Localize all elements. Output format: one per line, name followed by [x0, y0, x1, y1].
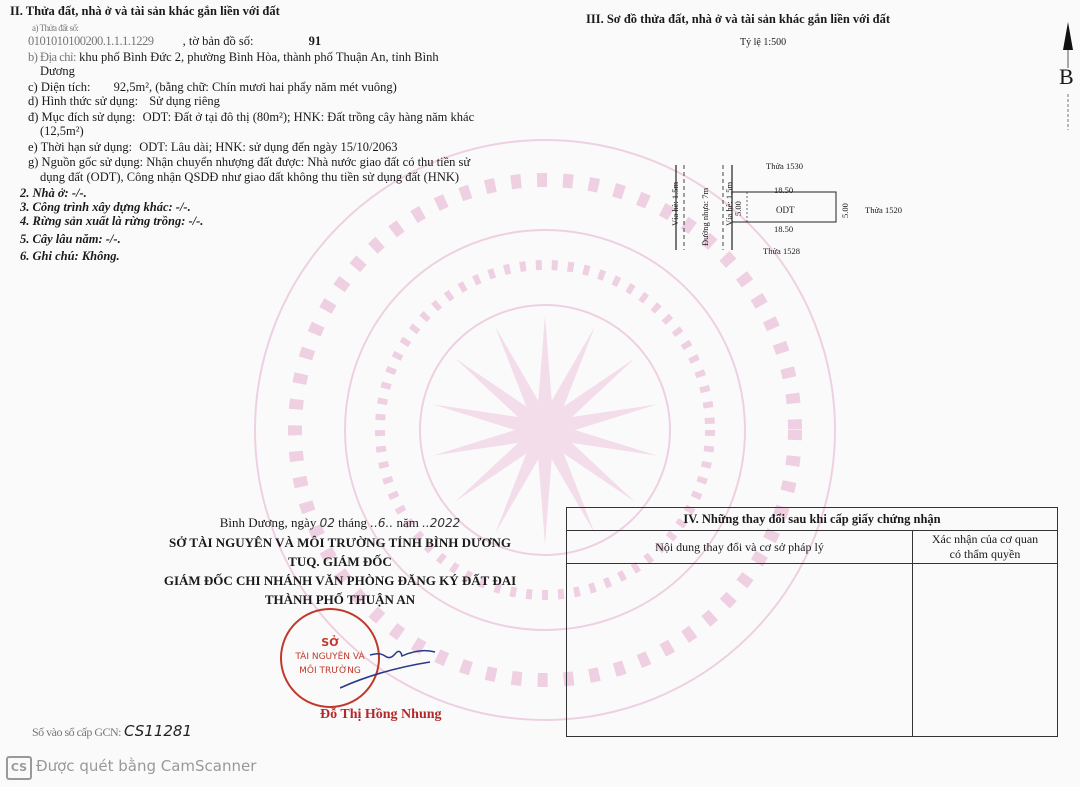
year-label: năm	[396, 515, 418, 530]
area-label: c) Diện tích:	[28, 80, 90, 94]
section-3-title: III. Sơ đồ thửa đất, nhà ở và tài sản kh…	[586, 12, 890, 27]
parcel-south-label: Thửa 1528	[763, 246, 800, 256]
term-value: ODT: Lâu dài; HNK: sử dụng đến ngày 15/1…	[139, 140, 397, 154]
origin-line: g) Nguồn gốc sử dụng: Nhận chuyển nhượng…	[28, 155, 470, 170]
left-width: 5.00	[733, 201, 743, 216]
changes-table: IV. Những thay đổi sau khi cấp giấy chứn…	[566, 507, 1058, 737]
land-code: ODT	[776, 205, 795, 215]
address-value: khu phố Bình Đức 2, phường Bình Hòa, thà…	[79, 50, 439, 64]
address-label: b) Địa chỉ:	[28, 50, 76, 64]
col2-line-1: Xác nhận của cơ quan	[932, 532, 1038, 546]
camscanner-caption: Được quét bằng CamScanner	[36, 757, 256, 775]
signer-name: Đỗ Thị Hồng Nhung	[320, 707, 442, 723]
signature-block: Bình Dương, ngày 02 tháng ..6.. năm ..20…	[140, 513, 540, 609]
col-change-content: Nội dung thay đổi và cơ sở pháp lý	[567, 531, 913, 564]
address-line: b) Địa chỉ: khu phố Bình Đức 2, phường B…	[28, 50, 439, 65]
origin-value: Nhận chuyển nhượng đất được: Nhà nước gi…	[146, 155, 470, 169]
item-house: 2. Nhà ở: -/-.	[20, 186, 87, 201]
origin-label: g) Nguồn gốc sử dụng:	[28, 155, 143, 169]
usage-form-line: d) Hình thức sử dụng: Sử dụng riêng	[28, 94, 220, 109]
road-label: Đường nhựa: 7m	[700, 188, 710, 246]
right-width: 5.00	[840, 203, 850, 218]
issuing-org: SỞ TÀI NGUYÊN VÀ MÔI TRƯỜNG TỈNH BÌNH DƯ…	[140, 533, 540, 552]
map-scale: Tỷ lệ 1:500	[740, 37, 786, 48]
item-notes: 6. Ghi chú: Không.	[20, 249, 120, 264]
area-line: c) Diện tích: 92,5m², (bằng chữ: Chín mư…	[28, 80, 397, 95]
item-production-forest: 4. Rừng sản xuất là rừng trồng: -/-.	[20, 214, 203, 229]
address-continued: Dương	[40, 64, 75, 79]
camscanner-logo-icon: CS	[6, 756, 32, 780]
item-other-construction: 3. Công trình xây dựng khác: -/-.	[20, 200, 191, 215]
map-sheet-number: 91	[309, 34, 322, 48]
confirmation-cell	[913, 564, 1058, 737]
date-day: 02	[320, 516, 335, 530]
purpose-line: đ) Mục đích sử dụng: ODT: Đất ở tại đô t…	[28, 110, 474, 125]
col2-line-2: có thẩm quyền	[950, 547, 1021, 561]
sidewalk-left-label: Vỉa hè: 1.5m	[670, 182, 680, 226]
registry-label: Số vào sổ cấp GCN:	[32, 725, 121, 739]
usage-form-label: d) Hình thức sử dụng:	[28, 94, 138, 108]
handwritten-signature	[340, 640, 440, 700]
issue-date: Bình Dương, ngày 02 tháng ..6.. năm ..20…	[140, 513, 540, 533]
date-prefix: Bình Dương, ngày	[220, 515, 317, 530]
registry-number: CS11281	[124, 722, 192, 740]
authority-role-1: TUQ. GIÁM ĐỐC	[140, 552, 540, 571]
section-4-title: IV. Những thay đổi sau khi cấp giấy chứn…	[567, 508, 1058, 531]
col-authority-confirmation: Xác nhận của cơ quan có thẩm quyền	[913, 531, 1058, 564]
change-content-cell	[567, 564, 913, 737]
area-value: 92,5m², (bằng chữ: Chín mươi hai phẩy nă…	[114, 80, 397, 94]
date-year: 2022	[430, 516, 461, 530]
purpose-value: ODT: Đất ở tại đô thị (80m²); HNK: Đất t…	[143, 110, 475, 124]
term-label: e) Thời hạn sử dụng:	[28, 140, 132, 154]
authority-role-2: GIÁM ĐỐC CHI NHÁNH VĂN PHÒNG ĐĂNG KÝ ĐẤT…	[140, 571, 540, 590]
purpose-continued: (12,5m²)	[40, 124, 84, 139]
bottom-length: 18.50	[774, 224, 793, 234]
top-length: 18.50	[774, 185, 793, 195]
purpose-label: đ) Mục đích sử dụng:	[28, 110, 135, 124]
parcel-number: 0101010100200.1.1.1.1229	[28, 34, 154, 48]
parcel-east-label: Thửa 1520	[865, 205, 902, 215]
usage-form-value: Sử dụng riêng	[149, 94, 220, 108]
map-sheet-label: , tờ bản đồ số:	[183, 34, 254, 48]
item-perennial-trees: 5. Cây lâu năm: -/-.	[20, 232, 121, 247]
origin-continued: dụng đất (ODT), Công nhận QSDĐ như giao …	[40, 170, 459, 185]
section-2-title: II. Thửa đất, nhà ở và tài sản khác gắn …	[10, 4, 280, 19]
parcel-north-label: Thửa 1530	[766, 161, 803, 171]
registry-line: Số vào sổ cấp GCN: CS11281	[32, 722, 192, 740]
north-label: B	[1059, 64, 1074, 90]
authority-role-3: THÀNH PHỐ THUẬN AN	[140, 590, 540, 609]
date-month: 6	[378, 516, 386, 530]
parcel-number-line: 0101010100200.1.1.1.1229 , tờ bản đồ số:…	[28, 34, 321, 49]
month-label: tháng	[338, 515, 367, 530]
term-line: e) Thời hạn sử dụng: ODT: Lâu dài; HNK: …	[28, 140, 397, 155]
